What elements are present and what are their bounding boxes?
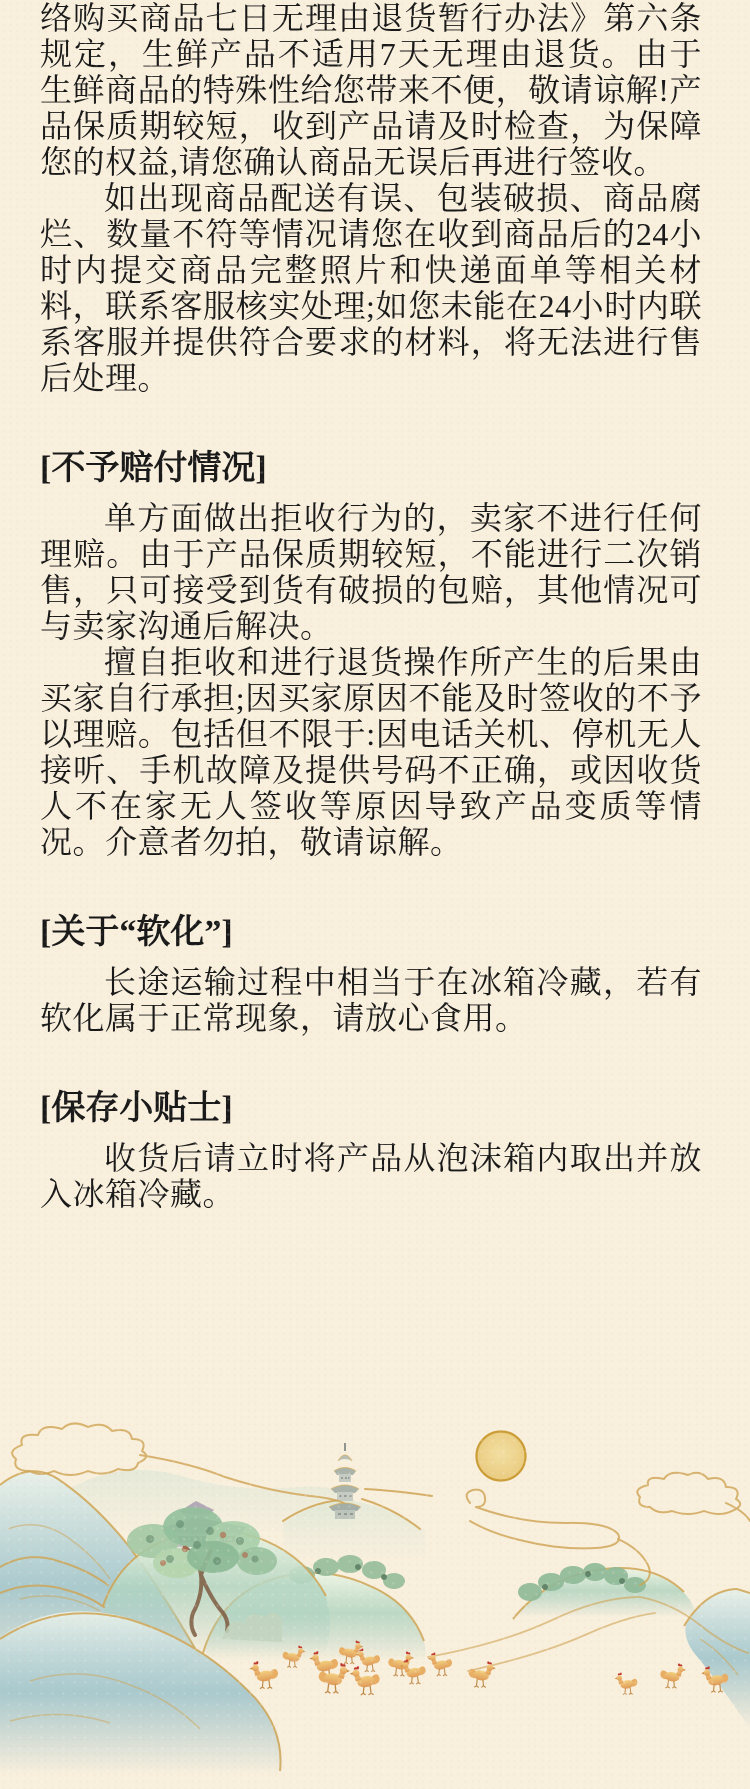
chicken-icon — [400, 1659, 426, 1683]
section-heading: [关于“软化”] — [40, 914, 702, 952]
policy-paragraph: 擅自拒收和进行退货操作所产生的后果由买家自行承担;因买家原因不能及时签收的不予以… — [40, 644, 702, 860]
policy-intro: 络购买商品七日无理由退货暂行办法》第六条规定，生鲜产品不适用7天无理由退货。由于… — [40, 0, 702, 396]
chicken-icon — [660, 1663, 686, 1687]
section-heading: [保存小贴士] — [40, 1090, 702, 1128]
chicken-icon — [428, 1653, 452, 1676]
policy-paragraph: 如出现商品配送有误、包装破损、商品腐烂、数量不符等情况请您在收到商品后的24小时… — [40, 180, 702, 396]
chicken-icon — [249, 1661, 278, 1688]
section-heading: [不予赔付情况] — [40, 450, 702, 488]
policy-text: 络购买商品七日无理由退货暂行办法》第六条规定，生鲜产品不适用7天无理由退货。由于… — [40, 0, 702, 1212]
policy-sections: [不予赔付情况]单方面做出拒收行为的，卖家不进行任何理赔。由于产品保质期较短，不… — [40, 450, 702, 1212]
policy-paragraph: 长途运输过程中相当于在冰箱冷藏，若有软化属于正常现象，请放心食用。 — [40, 964, 702, 1036]
chicken-icon — [350, 1666, 380, 1695]
policy-paragraph: 收货后请立时将产品从泡沫箱内取出并放入冰箱冷藏。 — [40, 1140, 702, 1212]
chicken-icon — [615, 1673, 638, 1695]
pagoda-illustration — [329, 1443, 361, 1519]
policy-paragraph: 络购买商品七日无理由退货暂行办法》第六条规定，生鲜产品不适用7天无理由退货。由于… — [40, 0, 702, 180]
right-ridge — [513, 1563, 696, 1619]
chicken-icon — [469, 1661, 496, 1687]
landscape-illustration — [0, 1399, 750, 1789]
policy-paragraph: 单方面做出拒收行为的，卖家不进行任何理赔。由于产品保质期较短，不能进行二次销售，… — [40, 500, 702, 644]
sun-icon — [477, 1432, 526, 1481]
